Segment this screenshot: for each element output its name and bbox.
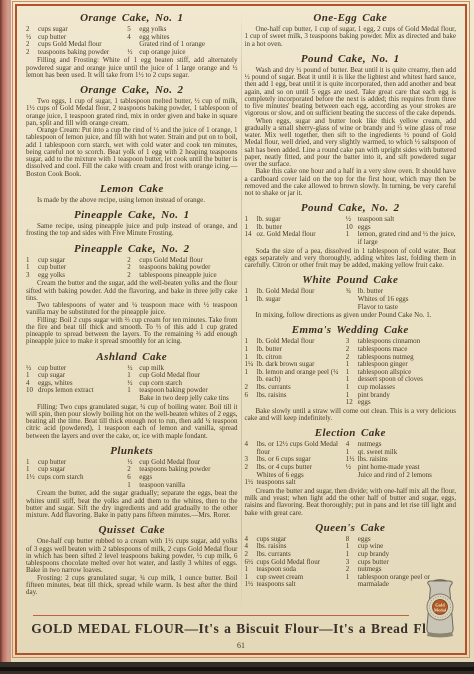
ingredient-name: Juice and rind of 2 lemons (358, 472, 456, 480)
recipe-paragraph: Two tablespoons of water and ¼ teaspoon … (26, 302, 238, 317)
ingredient-row: 1½teaspoons salt (245, 581, 342, 589)
ingredient-list: 1lb. Gold Medal flour1lb. butter1lb. cit… (245, 338, 457, 406)
ingredient-list: 1lb. Gold Medal flour1lb. sugar¾lb. butt… (245, 288, 457, 311)
ingredient-qty: 1 (245, 296, 257, 304)
ingredient-column: ¾lb. butterWhites of 16 eggsFlavor to ta… (346, 288, 456, 311)
ingredient-qty: 6 (245, 392, 257, 400)
recipe-paragraph: Bake slowly until a straw will come out … (245, 408, 457, 423)
footer: GOLD MEDAL FLOUR—It's a Biscuit Flour—It… (25, 615, 457, 650)
ingredient-column: 2cups sugar½cup butter2cups Gold Medal f… (26, 26, 123, 56)
recipe-title: Orange Cake, No. 1 (26, 12, 238, 24)
ingredient-name: lbs. or 12½ cups Gold Medal flour (257, 441, 342, 456)
recipe-paragraph: Frosting: 2 cups granulated sugar, ¾ cup… (26, 575, 238, 597)
ingredient-qty: 2 (245, 464, 257, 472)
ingredient-qty: 1 (346, 574, 358, 589)
ingredient-column: 3tablespoons cinnamon2tablespoons mace2t… (346, 338, 456, 406)
ingredient-name: lbs. raisins (257, 392, 342, 400)
ingredient-column: 1cup sugar1cup butter3egg yolks (26, 257, 123, 280)
ingredient-name: tablespoons pineapple juice (139, 272, 237, 280)
ingredient-column: ½cup milk1cup Gold Medal flour½cup corn … (127, 365, 237, 403)
ingredient-qty: ½ (127, 49, 139, 57)
ingredient-name: cup orange juice (139, 49, 237, 57)
flour-sack-label-text-2: Medal (434, 608, 447, 613)
ingredient-name: Bake in two deep jelly cake tins (139, 395, 237, 403)
ingredient-name: oz. Gold Medal flour (257, 231, 342, 239)
ingredient-name: teaspoons salt (257, 581, 342, 589)
column-divider (241, 10, 242, 616)
ingredient-name: teaspoons baking powder (139, 466, 237, 474)
footer-slogan: GOLD MEDAL FLOUR—It's a Biscuit Flour—It… (25, 621, 457, 637)
paper: Orange Cake, No. 12cups sugar½cup butter… (11, 0, 474, 662)
recipe-title: Orange Cake, No. 2 (26, 84, 238, 96)
ingredient-list: 1lb. sugar1lb. butter14oz. Gold Medal fl… (245, 216, 457, 246)
recipe-title: Queen's Cake (245, 522, 457, 534)
ingredient-qty: 1½ (26, 474, 38, 482)
ingredient-list: 1cup butter1cup sugar1½cups corn starch½… (26, 459, 238, 489)
ingredient-row: 14oz. Gold Medal flour (245, 231, 342, 239)
cookbook-page-scan: Orange Cake, No. 12cups sugar½cup butter… (0, 0, 474, 674)
page-border-frame: Orange Cake, No. 12cups sugar½cup butter… (15, 4, 467, 655)
ingredient-list: 4lbs. or 12½ cups Gold Medal flour3lbs. … (245, 441, 457, 487)
ingredient-name: Flavor to taste (358, 304, 456, 312)
ingredient-qty: 4 (127, 34, 139, 42)
ingredient-row: 1teaspoon vanilla (127, 482, 237, 490)
ingredient-qty (346, 472, 358, 480)
ingredient-row: 4lbs. or 12½ cups Gold Medal flour (245, 441, 342, 456)
recipe-paragraph: Cream the butter and the sugar, add the … (26, 280, 238, 302)
recipe-title: Plunkets (26, 445, 238, 457)
ingredient-row: 2teaspoons baking powder (26, 49, 123, 57)
ingredient-qty: ¾ (346, 288, 358, 296)
right-column: One-Egg CakeOne-half cup butter, 1 cup o… (242, 10, 460, 616)
recipe-paragraph: One-half cup butter, 1 cup of sugar, 1 e… (245, 26, 457, 48)
page-binding-edge (0, 0, 11, 662)
ingredient-qty: 4 (245, 441, 257, 456)
left-column: Orange Cake, No. 12cups sugar½cup butter… (23, 10, 241, 616)
ingredient-column: ½cup butter1cup sugar4eggs, whites10drop… (26, 365, 123, 403)
page-number: 61 (25, 641, 457, 650)
ingredient-name: teaspoons salt (257, 479, 342, 487)
ingredient-list: 1cup sugar1cup butter3egg yolks2cups Gol… (26, 257, 238, 280)
ingredient-qty (346, 304, 358, 312)
ingredient-qty (346, 296, 358, 304)
ingredient-column: 1lb. sugar1lb. butter14oz. Gold Medal fl… (245, 216, 342, 246)
ingredient-row: Juice and rind of 2 lemons (346, 472, 456, 480)
ingredient-row: 3egg yolks (26, 272, 123, 280)
recipe-paragraph: In mixing, follow directions as given un… (245, 312, 457, 319)
ingredient-name: lemon, grated rind and ½ the juice, if l… (358, 231, 456, 246)
scan-bottom-edge (0, 667, 474, 671)
ingredient-column: ½cup Gold Medal flour2teaspoons baking p… (127, 459, 237, 489)
ingredient-row: 6lbs. raisins (245, 392, 342, 400)
ingredient-row: 10drops lemon extract (26, 387, 123, 395)
recipe-title: Pineapple Cake, No. 2 (26, 243, 238, 255)
recipe-title: One-Egg Cake (245, 12, 457, 24)
ingredient-column: 4lbs. or 12½ cups Gold Medal flour3lbs. … (245, 441, 342, 487)
ingredient-name: drops lemon extract (38, 387, 123, 395)
ingredient-column: 1cup butter1cup sugar1½cups corn starch (26, 459, 123, 489)
ingredient-name: cups corn starch (38, 474, 123, 482)
recipe-title: Election Cake (245, 427, 457, 439)
ingredient-column: 4cups sugar4lbs. raisins2lbs. currants6½… (245, 536, 342, 589)
recipe-paragraph: Filling and Frosting: White of 1 egg bea… (26, 57, 238, 79)
ingredient-list: 2cups sugar½cup butter2cups Gold Medal f… (26, 26, 238, 56)
ingredient-qty: 1 (245, 369, 257, 384)
ingredient-name: egg yolks (38, 272, 123, 280)
ingredient-row: 1½teaspoons salt (245, 479, 342, 487)
ingredient-qty: 12 (346, 399, 358, 407)
ingredient-name: teaspoons baking powder (38, 49, 123, 57)
recipe-title: Quisset Cake (26, 524, 238, 536)
recipe-content: Orange Cake, No. 12cups sugar½cup butter… (23, 10, 459, 616)
ingredient-row: 1½cups corn starch (26, 474, 123, 482)
ingredient-qty: 2 (127, 272, 139, 280)
ingredient-column: 2cups Gold Medal flour2teaspoons baking … (127, 257, 237, 280)
recipe-paragraph: When eggs, sugar and butter look like th… (245, 118, 457, 169)
footer-rule (33, 615, 409, 616)
recipe-paragraph: Filling: Boil 2 cups sugar with ⅔ cup cr… (26, 317, 238, 346)
recipe-paragraph: Wash and dry ½ pound of butter. Beat unt… (245, 67, 457, 118)
ingredient-row: 1lemon, grated rind and ½ the juice, if … (346, 231, 456, 246)
ingredient-qty: 1 (127, 482, 139, 490)
ingredient-column: 5egg yolks4egg whitesGrated rind of 1 or… (127, 26, 237, 56)
recipe-paragraph: Filling: Two cups granulated sugar, ¾ cu… (26, 404, 238, 440)
recipe-title: Lemon Cake (26, 183, 238, 195)
ingredient-name: lb. lemon and orange peel (¼ lb. each) (257, 369, 342, 384)
ingredient-row: 1lb. lemon and orange peel (¼ lb. each) (245, 369, 342, 384)
ingredient-row: 12eggs (346, 399, 456, 407)
ingredient-qty: 10 (26, 387, 38, 395)
ingredient-column: ½teaspoon salt10eggs1lemon, grated rind … (346, 216, 456, 246)
ingredient-name: lb. sugar (257, 296, 342, 304)
ingredient-row: ½cup orange juice (127, 49, 237, 57)
recipe-paragraph: Bake this cake one hour and a half in a … (245, 168, 457, 197)
recipe-paragraph: Soda the size of a pea, dissolved in 1 t… (245, 248, 457, 270)
ingredient-qty: 1½ (245, 479, 257, 487)
ingredient-qty: 2 (26, 49, 38, 57)
flour-sack-icon: Gold Medal (420, 578, 460, 640)
ingredient-qty: 3 (26, 272, 38, 280)
recipe-paragraph: One-half cup butter rubbed to a cream wi… (26, 538, 238, 574)
ingredient-row: Bake in two deep jelly cake tins (127, 395, 237, 403)
ingredient-qty (127, 395, 139, 403)
ingredient-column: 4nutmegs1qt. sweet milk1½lbs. raisins½pi… (346, 441, 456, 487)
ingredient-list: ½cup butter1cup sugar4eggs, whites10drop… (26, 365, 238, 403)
ingredient-name: teaspoon salt (358, 216, 456, 224)
recipe-paragraph: Orange Cream: Put into a cup the rind of… (26, 127, 238, 178)
recipe-paragraph: Two eggs, 1 cup of sugar, 1 tablespoon m… (26, 98, 238, 127)
ingredient-qty: 1½ (245, 581, 257, 589)
ingredient-qty: ½ (346, 464, 358, 472)
recipe-paragraph: Cream the butter, add the sugar graduall… (26, 490, 238, 519)
ingredient-column: 1lb. Gold Medal flour1lb. sugar (245, 288, 342, 311)
ingredient-qty: 1 (346, 231, 358, 246)
ingredient-row: 1lb. sugar (245, 296, 342, 304)
ingredient-qty: 1 (127, 387, 139, 395)
ingredient-name: teaspoon vanilla (139, 482, 237, 490)
ingredient-row: 2tablespoons pineapple juice (127, 272, 237, 280)
recipe-title: Pineapple Cake, No. 1 (26, 209, 238, 221)
recipe-title: Pound Cake, No. 2 (245, 202, 457, 214)
ingredient-name: pint brandy (358, 392, 456, 400)
recipe-title: Emma's Wedding Cake (245, 324, 457, 336)
recipe-title: Pound Cake, No. 1 (245, 53, 457, 65)
ingredient-column: 1lb. Gold Medal flour1lb. butter1lb. cit… (245, 338, 342, 406)
recipe-title: Ashland Cake (26, 351, 238, 363)
recipe-title: White Pound Cake (245, 274, 457, 286)
ingredient-qty: 14 (245, 231, 257, 239)
recipe-paragraph: Is made by the above recipe, using lemon… (26, 197, 238, 204)
recipe-paragraph: Same recipe, using pineapple juice and p… (26, 223, 238, 238)
ingredient-name: eggs (358, 399, 456, 407)
ingredient-row: Flavor to taste (346, 304, 456, 312)
recipe-paragraph: Cream the butter and sugar, then divide;… (245, 488, 457, 517)
